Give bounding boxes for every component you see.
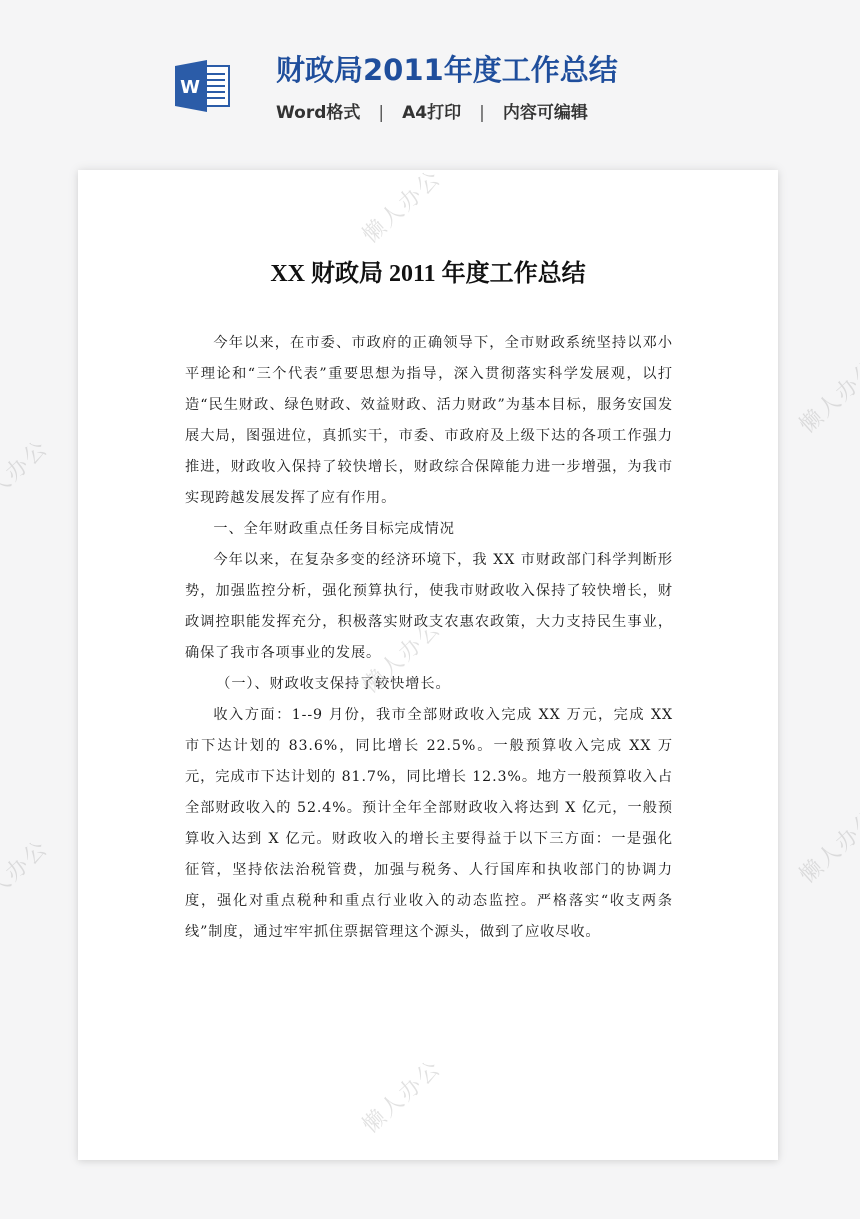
document-body: 今年以来，在市委、市政府的正确领导下，全市财政系统坚持以邓小平理论和“三个代表”… [185,328,673,948]
header-banner: W 财政局2011年度工作总结 Word格式 | A4打印 | 内容可编辑 [0,0,860,170]
document-page: 懒人办公 懒人办公 懒人办公 XX 财政局 2011 年度工作总结 今年以来，在… [78,170,778,1160]
feature-list: Word格式 | A4打印 | 内容可编辑 [276,100,588,126]
watermark: 懒人办公 [0,432,54,519]
separator: | [378,100,384,126]
section-heading: 一、全年财政重点任务目标完成情况 [185,514,673,545]
svg-text:W: W [180,77,200,98]
paragraph-overview: 今年以来，在复杂多变的经济环境下，我 XX 市财政部门科学判断形势，加强监控分析… [185,545,673,669]
watermark: 懒人办公 [355,1052,447,1139]
watermark: 懒人办公 [355,170,447,249]
watermark: 懒人办公 [792,352,860,439]
subsection-heading: （一）、财政收支保持了较快增长。 [185,669,673,700]
document-title-banner: 财政局2011年度工作总结 [276,50,618,90]
page-title: XX 财政局 2011 年度工作总结 [78,256,778,292]
separator: | [479,100,485,126]
paragraph-revenue: 收入方面：1--9 月份，我市全部财政收入完成 XX 万元，完成 XX 市下达计… [185,700,673,948]
paragraph-intro: 今年以来，在市委、市政府的正确领导下，全市财政系统坚持以邓小平理论和“三个代表”… [185,328,673,514]
feature-a4-print: A4打印 [402,100,461,126]
feature-word-format: Word格式 [276,100,360,126]
watermark: 懒人办公 [792,802,860,889]
word-document-icon: W [175,60,231,112]
watermark: 懒人办公 [0,832,54,919]
feature-editable: 内容可编辑 [503,100,588,126]
